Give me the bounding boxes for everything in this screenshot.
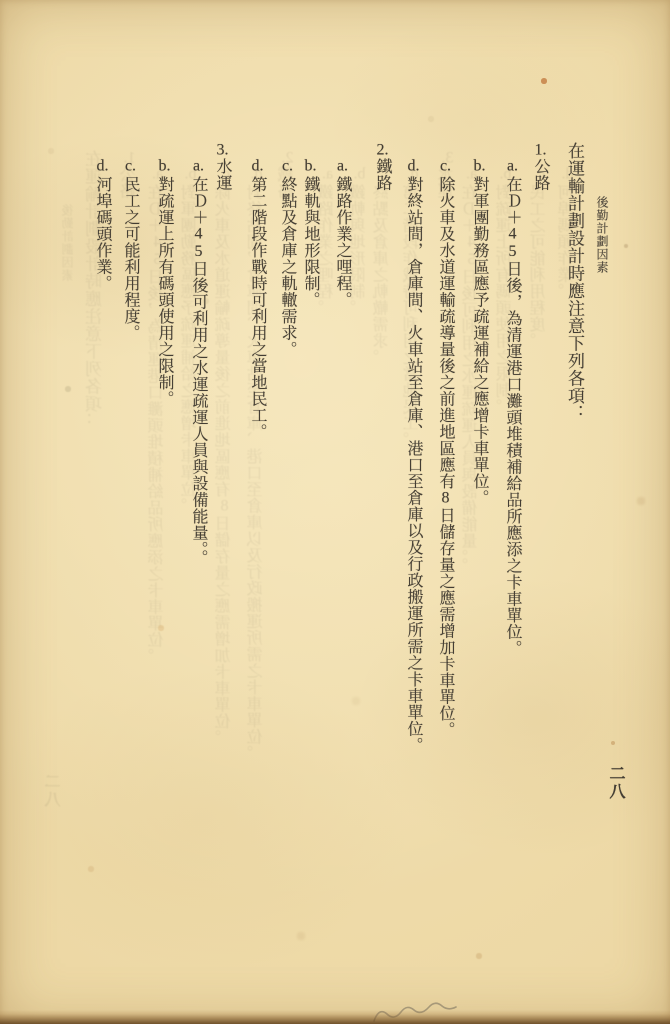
section-3-item-c: c.民工之可能利用程度。 [122,158,138,341]
section-2-title: 鐵路 [374,158,391,191]
item-label: c. [437,158,454,174]
item-text: 河埠碼頭作業。 [94,176,111,292]
item-text: 除火車及水道運輸疏導量後之前進地區應有8日儲存量之應需增加卡車單位。 [437,176,454,738]
section-3-title: 水運 [214,158,231,191]
text-layer: 後勤計劃因素 在運輸計劃設計時應注意下列各項： 1.公路 a.在Ｄ＋45日後，為… [0,0,670,1024]
item-text: 民工之可能利用程度。 [122,176,139,341]
item-label: d. [94,158,111,174]
item-label: d. [405,158,422,174]
page-number: 二八 [607,765,623,801]
section-3-item-a: a.在Ｄ＋45日後可利用之水運疏運人員與設備能量。。 [190,158,206,566]
item-text: 鐵軌與地形限制。 [302,176,319,308]
item-text: 終點及倉庫之軌轍需求。 [279,176,296,358]
section-2-item-d: d.第二階段作戰時可利用之當地民工。 [249,158,265,440]
item-text: 對軍團勤務區應予疏運補給之應增卡車單位。 [471,176,488,506]
section-1-item-a: a.在Ｄ＋45日後，為清運港口灘頭堆積補給品所應添之卡車單位。 [504,158,520,657]
item-label: a. [504,158,521,174]
running-head: 後勤計劃因素 [596,196,608,274]
item-text: 在Ｄ＋45日後，為清運港口灘頭堆積補給品所應添之卡車單位。 [504,176,521,657]
item-label: a. [190,158,207,174]
item-label: d. [249,158,266,174]
section-3-numeral: 3. [214,142,231,158]
section-1-item-d: d.對終站間，倉庫間、火車站至倉庫、港口至倉庫以及行政搬運所需之卡車單位。 [405,158,421,754]
item-text: 對終站間，倉庫間、火車站至倉庫、港口至倉庫以及行政搬運所需之卡車單位。 [405,176,422,754]
section-3-item-d: d.河埠碼頭作業。 [94,158,110,292]
scanned-document-page: 後勤計劃因素 在運輸計劃設計時應注意下列各項： 1.公路 a.在Ｄ＋45日後，為… [0,0,670,1024]
item-label: a. [334,158,351,174]
section-3-item-b: b.對疏運上所有碼頭使用之限制。 [156,158,172,407]
section-3-number: 3.水運 [214,142,230,191]
item-label: c. [279,158,296,174]
section-1-item-c: c.除火車及水道運輸疏導量後之前進地區應有8日儲存量之應需增加卡車單位。 [437,158,453,738]
section-2-numeral: 2. [374,142,391,158]
item-text: 對疏運上所有碼頭使用之限制。 [156,176,173,407]
section-1-title: 公路 [532,158,549,191]
item-label: b. [471,158,488,174]
section-1-item-b: b.對軍團勤務區應予疏運補給之應增卡車單位。 [471,158,487,506]
section-2-item-a: a.鐵路作業之哩程。 [334,158,350,308]
item-text: 鐵路作業之哩程。 [334,176,351,308]
item-label: b. [302,158,319,174]
section-1-number: 1.公路 [532,142,548,191]
document-heading: 在運輸計劃設計時應注意下列各項： [566,142,583,422]
section-1-numeral: 1. [532,142,549,158]
section-2-item-b: b.鐵軌與地形限制。 [302,158,318,308]
item-text: 在Ｄ＋45日後可利用之水運疏運人員與設備能量。。 [190,176,207,566]
section-2-item-c: c.終點及倉庫之軌轍需求。 [279,158,295,358]
item-label: b. [156,158,173,174]
section-2-number: 2.鐵路 [374,142,390,191]
item-text: 第二階段作戰時可利用之當地民工。 [249,176,266,440]
item-label: c. [122,158,139,174]
